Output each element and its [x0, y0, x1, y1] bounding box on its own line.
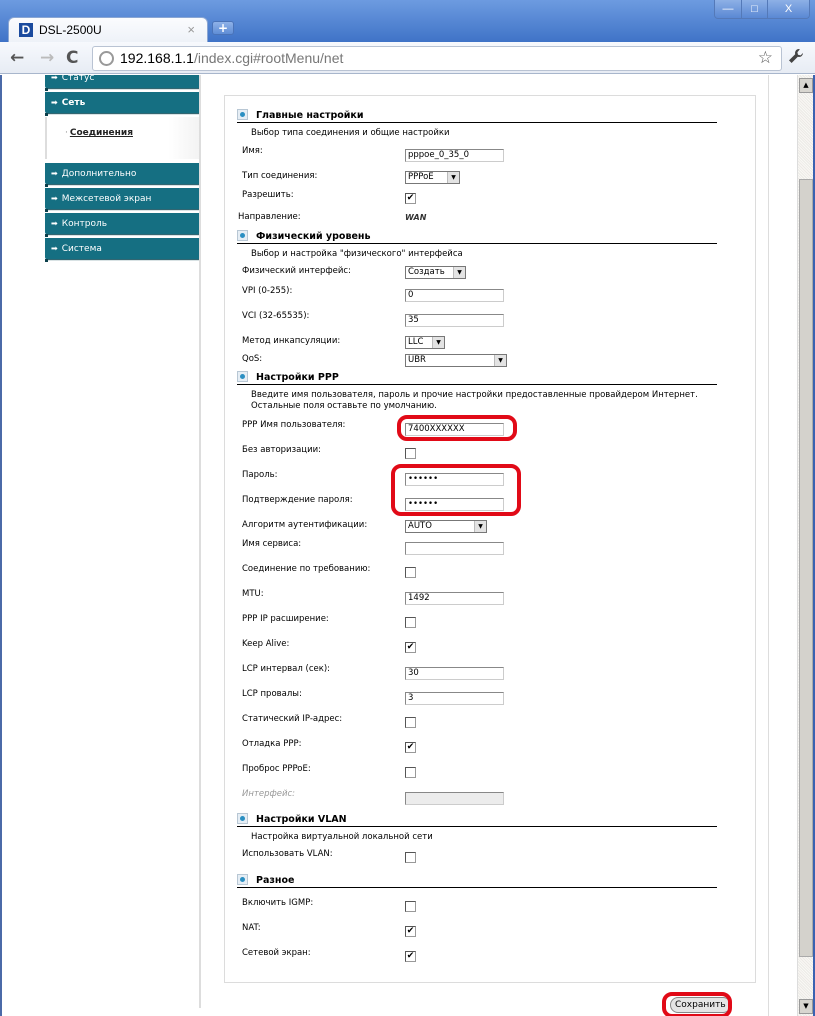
section-desc: Остальные поля оставьте по умолчанию.: [251, 401, 437, 412]
scroll-down-icon[interactable]: ▼: [799, 999, 813, 1014]
encap-select[interactable]: LLC▼: [405, 336, 445, 349]
window-controls: — □ X: [714, 0, 810, 19]
sidebar-item-label: Контроль: [62, 219, 107, 229]
sidebar-item-label: Статус: [62, 75, 95, 83]
vpi-field[interactable]: 0: [405, 289, 504, 302]
close-window-icon[interactable]: X: [767, 0, 809, 18]
browser-toolbar: ← → C 192.168.1.1/index.cgi#rootMenu/net…: [0, 42, 815, 74]
scrollbar-thumb[interactable]: [799, 179, 813, 957]
section-desc: Настройка виртуальной локальной сети: [251, 832, 433, 843]
minimize-icon[interactable]: —: [715, 0, 741, 18]
static-ip-label: Статический IP-адрес:: [242, 714, 342, 724]
tab-title: DSL-2500U: [39, 23, 102, 37]
section-icon: [237, 109, 248, 120]
firewall-label: Сетевой экран:: [242, 948, 311, 958]
confirm-password-label: Подтверждение пароля:: [242, 495, 353, 505]
sidebar-item-label: Система: [62, 244, 102, 254]
password-label: Пароль:: [242, 470, 278, 480]
url-text[interactable]: 192.168.1.1/index.cgi#rootMenu/net: [120, 50, 343, 66]
static-ip-checkbox[interactable]: [405, 717, 416, 728]
sidebar-item-label: Межсетевой экран: [62, 194, 152, 204]
direction-label: Направление:: [238, 212, 301, 222]
browser-titlebar: D DSL-2500U × + — □ X: [0, 0, 815, 42]
vertical-scrollbar[interactable]: ▲ ▼: [797, 75, 813, 1016]
sidebar-item-system[interactable]: ➡Система: [45, 238, 199, 259]
sidebar-submenu: ·Соединения: [45, 117, 199, 159]
lcp-fail-label: LCP провалы:: [242, 689, 302, 699]
vci-label: VCI (32-65535):: [242, 311, 309, 321]
maximize-icon[interactable]: □: [741, 0, 767, 18]
use-vlan-checkbox[interactable]: [405, 852, 416, 863]
chevron-down-icon: ▼: [474, 521, 486, 532]
sidebar-item-advanced[interactable]: ➡Дополнительно: [45, 163, 199, 184]
save-highlight: [662, 992, 732, 1016]
sidebar-subitem-connections[interactable]: Соединения: [70, 128, 133, 138]
url-path: /index.cgi#rootMenu/net: [194, 50, 343, 66]
nat-checkbox[interactable]: ✔: [405, 926, 416, 937]
enable-label: Разрешить:: [242, 190, 294, 200]
debug-label: Отладка PPP:: [242, 739, 301, 749]
new-tab-button[interactable]: +: [212, 21, 234, 35]
url-host: 192.168.1.1: [120, 50, 194, 66]
passthrough-label: Проброс PPPoE:: [242, 764, 311, 774]
nat-label: NAT:: [242, 923, 261, 933]
on-demand-label: Соединение по требованию:: [242, 564, 370, 574]
sidebar-item-network[interactable]: ➡Сеть: [45, 92, 199, 113]
phys-iface-label: Физический интерфейс:: [242, 266, 351, 276]
sidebar-menu: ➡Статус ➡Сеть ·Соединения ➡Дополнительно…: [45, 75, 199, 263]
sidebar-item-firewall[interactable]: ➡Межсетевой экран: [45, 188, 199, 209]
arrow-right-icon: ➡: [51, 188, 58, 209]
chevron-down-icon: ▼: [432, 337, 444, 348]
passthrough-checkbox[interactable]: [405, 767, 416, 778]
sidebar-item-label: Сеть: [62, 98, 86, 108]
mtu-label: MTU:: [242, 589, 264, 599]
arrow-right-icon: ➡: [51, 163, 58, 184]
noauth-label: Без авторизации:: [242, 445, 321, 455]
keepalive-checkbox[interactable]: ✔: [405, 642, 416, 653]
lcp-interval-label: LCP интервал (сек):: [242, 664, 330, 674]
section-icon: [237, 230, 248, 241]
lcp-fail-field[interactable]: 3: [405, 692, 504, 705]
firewall-checkbox[interactable]: ✔: [405, 951, 416, 962]
arrow-right-icon: ➡: [51, 238, 58, 259]
ppp-username-label: PPP Имя пользователя:: [242, 420, 345, 430]
on-demand-checkbox[interactable]: [405, 567, 416, 578]
igmp-checkbox[interactable]: [405, 901, 416, 912]
section-icon: [237, 874, 248, 885]
section-ppp: Настройки PPP: [237, 371, 717, 385]
name-field[interactable]: pppoe_0_35_0: [405, 149, 504, 162]
dlink-favicon-icon: D: [19, 23, 33, 37]
direction-value: WAN: [405, 213, 426, 222]
arrow-right-icon: ➡: [51, 92, 58, 113]
qos-label: QoS:: [242, 354, 262, 364]
noauth-checkbox[interactable]: [405, 448, 416, 459]
chevron-down-icon: ▼: [494, 355, 506, 366]
ip-ext-label: PPP IP расширение:: [242, 614, 329, 624]
back-arrow-icon[interactable]: ←: [10, 48, 24, 68]
ip-ext-checkbox[interactable]: [405, 617, 416, 628]
forward-arrow-icon[interactable]: →: [40, 48, 54, 68]
scroll-up-icon[interactable]: ▲: [799, 78, 813, 93]
mtu-field[interactable]: 1492: [405, 592, 504, 605]
bookmark-star-icon[interactable]: ☆: [758, 48, 773, 68]
conn-type-select[interactable]: PPPoE▼: [405, 171, 460, 184]
section-physical: Физический уровень: [237, 230, 717, 244]
qos-select[interactable]: UBR▼: [405, 354, 507, 367]
section-desc: Введите имя пользователя, пароль и прочи…: [251, 390, 698, 401]
username-highlight: [397, 415, 517, 441]
arrow-right-icon: ➡: [51, 75, 58, 88]
arrow-right-icon: ➡: [51, 213, 58, 234]
chevron-down-icon: ▼: [447, 172, 459, 183]
keepalive-label: Keep Alive:: [242, 639, 289, 649]
section-desc: Выбор и настройка "физического" интерфей…: [251, 249, 463, 260]
page-viewport: ➡Статус ➡Сеть ·Соединения ➡Дополнительно…: [0, 75, 797, 1016]
conn-type-label: Тип соединения:: [242, 171, 317, 181]
browser-tab[interactable]: D DSL-2500U ×: [8, 17, 208, 42]
globe-icon: [99, 51, 114, 66]
connection-settings-form: Главные настройки Выбор типа соединения …: [224, 95, 756, 983]
use-vlan-label: Использовать VLAN:: [242, 849, 333, 859]
wrench-menu-icon[interactable]: [788, 48, 804, 69]
auth-algo-label: Алгоритм аутентификации:: [242, 520, 367, 530]
section-misc: Разное: [237, 874, 717, 888]
sidebar-item-status[interactable]: ➡Статус: [45, 75, 199, 88]
section-icon: [237, 371, 248, 382]
encap-label: Метод инкапсуляции:: [242, 336, 340, 346]
section-icon: [237, 813, 248, 824]
section-main-settings: Главные настройки: [237, 109, 717, 123]
vci-field[interactable]: 35: [405, 314, 504, 327]
enable-checkbox[interactable]: ✔: [405, 193, 416, 204]
sidebar-item-label: Дополнительно: [62, 169, 137, 179]
phys-iface-select[interactable]: Создать▼: [405, 266, 466, 279]
password-highlight: [391, 464, 521, 516]
interface-label: Интерфейс:: [242, 789, 295, 799]
interface-field: [405, 792, 504, 805]
service-name-field[interactable]: [405, 542, 504, 555]
auth-algo-select[interactable]: AUTO▼: [405, 520, 487, 533]
reload-icon[interactable]: C: [66, 48, 78, 68]
section-desc: Выбор типа соединения и общие настройки: [251, 128, 450, 139]
sidebar-item-control[interactable]: ➡Контроль: [45, 213, 199, 234]
igmp-label: Включить IGMP:: [242, 898, 313, 908]
address-bar[interactable]: 192.168.1.1/index.cgi#rootMenu/net ☆: [92, 46, 782, 71]
chevron-down-icon: ▼: [453, 267, 465, 278]
vpi-label: VPI (0-255):: [242, 286, 292, 296]
name-label: Имя:: [242, 146, 263, 156]
service-name-label: Имя сервиса:: [242, 539, 301, 549]
lcp-interval-field[interactable]: 30: [405, 667, 504, 680]
section-vlan: Настройки VLAN: [237, 813, 717, 827]
tab-close-icon[interactable]: ×: [187, 22, 195, 37]
debug-checkbox[interactable]: ✔: [405, 742, 416, 753]
